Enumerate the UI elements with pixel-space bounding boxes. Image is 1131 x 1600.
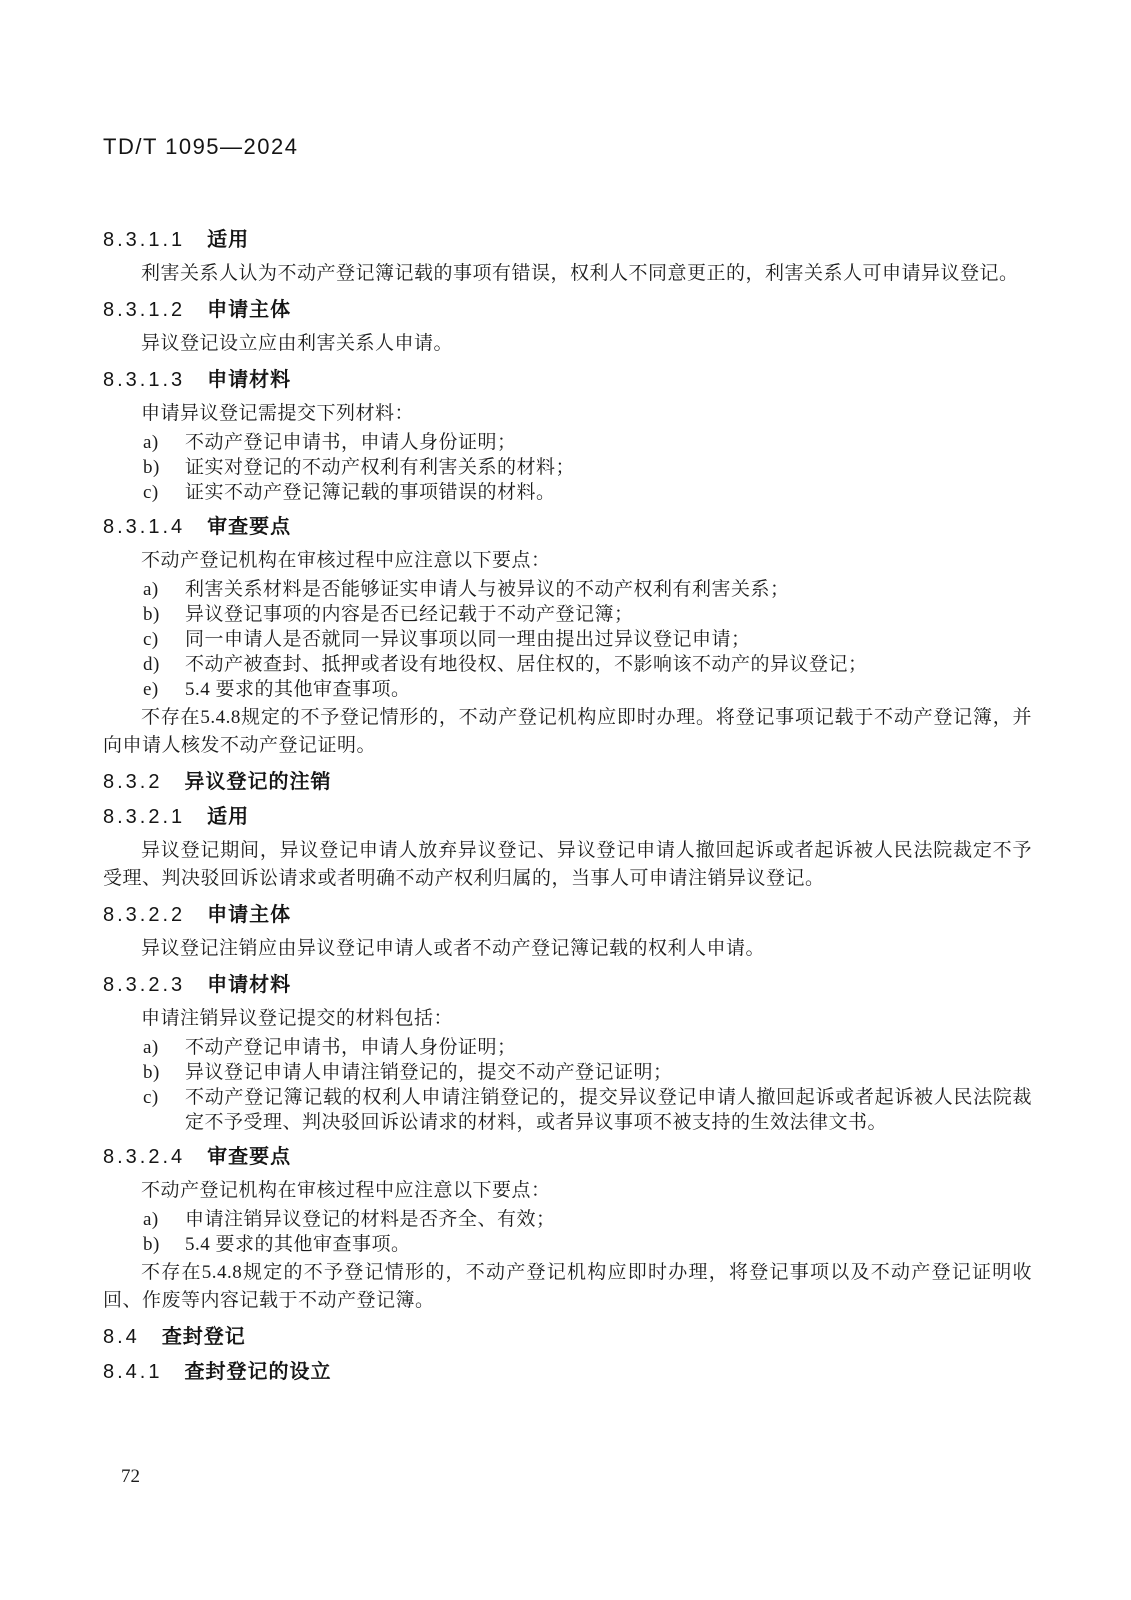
- list-item: c) 不动产登记簿记载的权利人申请注销登记的，提交异议登记申请人撤回起诉或者起诉…: [103, 1085, 1032, 1135]
- list-item-marker: a): [143, 1035, 185, 1060]
- paragraph: 不存在5.4.8规定的不予登记情形的，不动产登记机构应即时办理，将登记事项以及不…: [103, 1259, 1032, 1315]
- list-item-marker: e): [143, 677, 185, 702]
- heading-number: 8.3.2.1: [103, 806, 185, 828]
- heading-number: 8.3.1.3: [103, 369, 185, 391]
- list-item-text: 证实不动产登记簿记载的事项错误的材料。: [185, 480, 1032, 505]
- heading-title: 适用: [207, 806, 249, 828]
- list-item-text: 同一申请人是否就同一异议事项以同一理由提出过异议登记申请；: [185, 627, 1032, 652]
- page-number: 72: [121, 1466, 140, 1488]
- list-item-text: 不动产登记簿记载的权利人申请注销登记的，提交异议登记申请人撤回起诉或者起诉被人民…: [185, 1085, 1032, 1135]
- list-item-marker: c): [143, 627, 185, 652]
- list-item: b) 异议登记申请人申请注销登记的，提交不动产登记证明；: [103, 1060, 1032, 1085]
- list-item-marker: d): [143, 652, 185, 677]
- heading-title: 申请材料: [207, 369, 291, 391]
- heading-number: 8.3.1.2: [103, 299, 185, 321]
- document-code: TD/T 1095—2024: [103, 134, 298, 160]
- heading-8-3-2: 8.3.2异议登记的注销: [103, 769, 1032, 795]
- heading-title: 查封登记: [162, 1326, 246, 1348]
- heading-number: 8.3.1.4: [103, 516, 185, 538]
- list-item-text: 不动产登记申请书，申请人身份证明；: [185, 1035, 1032, 1060]
- list-item: e) 5.4 要求的其他审查事项。: [103, 677, 1032, 702]
- heading-number: 8.3.2.3: [103, 974, 185, 996]
- heading-8-3-1-2: 8.3.1.2申请主体: [103, 297, 1032, 323]
- heading-title: 适用: [207, 229, 249, 251]
- document-body: 8.3.1.1适用 利害关系人认为不动产登记簿记载的事项有错误，权利人不同意更正…: [103, 218, 1032, 1392]
- heading-title: 申请材料: [207, 974, 291, 996]
- list-item-text: 5.4 要求的其他审查事项。: [185, 1232, 1032, 1257]
- list-item-marker: c): [143, 480, 185, 505]
- paragraph: 申请异议登记需提交下列材料：: [103, 400, 1032, 428]
- list-item: c) 证实不动产登记簿记载的事项错误的材料。: [103, 480, 1032, 505]
- list-item: a) 利害关系材料是否能够证实申请人与被异议的不动产权利有利害关系；: [103, 577, 1032, 602]
- document-page: TD/T 1095—2024 8.3.1.1适用 利害关系人认为不动产登记簿记载…: [0, 0, 1131, 1600]
- heading-title: 异议登记的注销: [184, 771, 331, 793]
- list-item-text: 利害关系材料是否能够证实申请人与被异议的不动产权利有利害关系；: [185, 577, 1032, 602]
- list-item: a) 申请注销异议登记的材料是否齐全、有效；: [103, 1207, 1032, 1232]
- list-item-marker: a): [143, 1207, 185, 1232]
- paragraph: 不动产登记机构在审核过程中应注意以下要点：: [103, 1177, 1032, 1205]
- list-item-text: 不动产登记申请书，申请人身份证明；: [185, 430, 1032, 455]
- list-item: a) 不动产登记申请书，申请人身份证明；: [103, 1035, 1032, 1060]
- list-item: b) 异议登记事项的内容是否已经记载于不动产登记簿；: [103, 602, 1032, 627]
- heading-8-3-2-1: 8.3.2.1适用: [103, 804, 1032, 830]
- paragraph: 异议登记期间，异议登记申请人放弃异议登记、异议登记申请人撤回起诉或者起诉被人民法…: [103, 837, 1032, 893]
- heading-title: 查封登记的设立: [184, 1361, 331, 1383]
- list-item: d) 不动产被查封、抵押或者设有地役权、居住权的，不影响该不动产的异议登记；: [103, 652, 1032, 677]
- heading-title: 申请主体: [207, 299, 291, 321]
- heading-8-3-1-1: 8.3.1.1适用: [103, 227, 1032, 253]
- list-item-text: 异议登记申请人申请注销登记的，提交不动产登记证明；: [185, 1060, 1032, 1085]
- list-item-text: 异议登记事项的内容是否已经记载于不动产登记簿；: [185, 602, 1032, 627]
- paragraph: 利害关系人认为不动产登记簿记载的事项有错误，权利人不同意更正的，利害关系人可申请…: [103, 260, 1032, 288]
- list-item: c) 同一申请人是否就同一异议事项以同一理由提出过异议登记申请；: [103, 627, 1032, 652]
- heading-8-3-2-2: 8.3.2.2申请主体: [103, 902, 1032, 928]
- paragraph: 不存在5.4.8规定的不予登记情形的，不动产登记机构应即时办理。将登记事项记载于…: [103, 704, 1032, 760]
- list-item-marker: c): [143, 1085, 185, 1135]
- list-item: a) 不动产登记申请书，申请人身份证明；: [103, 430, 1032, 455]
- lettered-list: a) 利害关系材料是否能够证实申请人与被异议的不动产权利有利害关系； b) 异议…: [103, 577, 1032, 702]
- list-item-marker: b): [143, 1232, 185, 1257]
- heading-number: 8.3.2: [103, 771, 162, 793]
- list-item-text: 5.4 要求的其他审查事项。: [185, 677, 1032, 702]
- lettered-list: a) 不动产登记申请书，申请人身份证明； b) 证实对登记的不动产权利有利害关系…: [103, 430, 1032, 505]
- lettered-list: a) 不动产登记申请书，申请人身份证明； b) 异议登记申请人申请注销登记的，提…: [103, 1035, 1032, 1135]
- paragraph: 不动产登记机构在审核过程中应注意以下要点：: [103, 547, 1032, 575]
- paragraph: 异议登记注销应由异议登记申请人或者不动产登记簿记载的权利人申请。: [103, 935, 1032, 963]
- list-item-marker: b): [143, 1060, 185, 1085]
- heading-8-3-1-3: 8.3.1.3申请材料: [103, 367, 1032, 393]
- heading-title: 审查要点: [207, 1146, 291, 1168]
- heading-number: 8.4: [103, 1326, 140, 1348]
- heading-8-4-1: 8.4.1查封登记的设立: [103, 1359, 1032, 1385]
- list-item-marker: a): [143, 430, 185, 455]
- paragraph: 申请注销异议登记提交的材料包括：: [103, 1005, 1032, 1033]
- heading-8-4: 8.4查封登记: [103, 1324, 1032, 1350]
- list-item-text: 申请注销异议登记的材料是否齐全、有效；: [185, 1207, 1032, 1232]
- heading-8-3-1-4: 8.3.1.4审查要点: [103, 514, 1032, 540]
- list-item-marker: a): [143, 577, 185, 602]
- heading-number: 8.3.2.2: [103, 904, 185, 926]
- heading-number: 8.3.1.1: [103, 229, 185, 251]
- paragraph: 异议登记设立应由利害关系人申请。: [103, 330, 1032, 358]
- lettered-list: a) 申请注销异议登记的材料是否齐全、有效； b) 5.4 要求的其他审查事项。: [103, 1207, 1032, 1257]
- heading-title: 申请主体: [207, 904, 291, 926]
- heading-title: 审查要点: [207, 516, 291, 538]
- list-item-marker: b): [143, 602, 185, 627]
- list-item-text: 不动产被查封、抵押或者设有地役权、居住权的，不影响该不动产的异议登记；: [185, 652, 1032, 677]
- heading-8-3-2-4: 8.3.2.4审查要点: [103, 1144, 1032, 1170]
- heading-number: 8.3.2.4: [103, 1146, 185, 1168]
- heading-8-3-2-3: 8.3.2.3申请材料: [103, 972, 1032, 998]
- list-item-text: 证实对登记的不动产权利有利害关系的材料；: [185, 455, 1032, 480]
- list-item: b) 证实对登记的不动产权利有利害关系的材料；: [103, 455, 1032, 480]
- list-item-marker: b): [143, 455, 185, 480]
- heading-number: 8.4.1: [103, 1361, 162, 1383]
- list-item: b) 5.4 要求的其他审查事项。: [103, 1232, 1032, 1257]
